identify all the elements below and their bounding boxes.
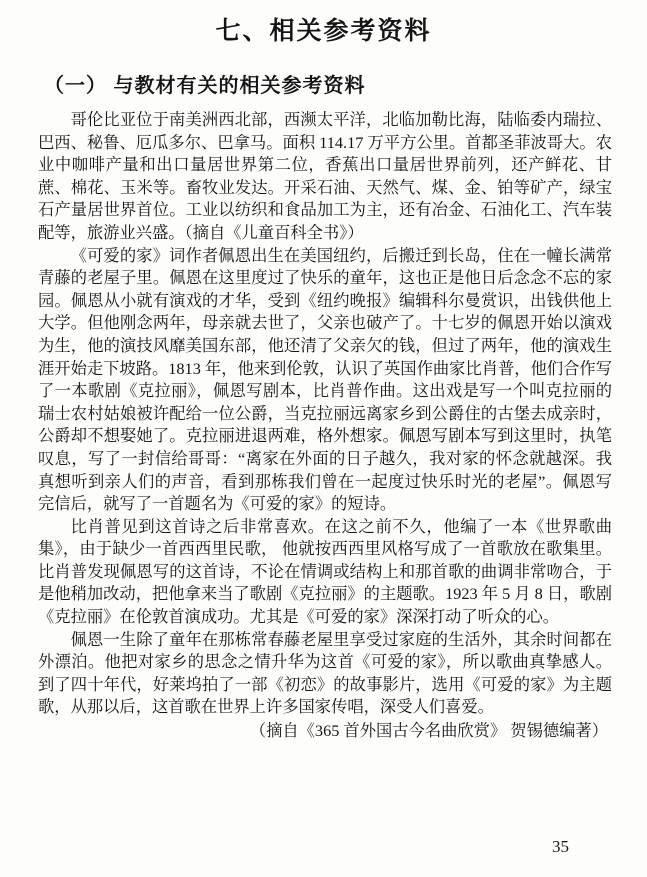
document-body: 哥伦比亚位于南美洲西北部，西濒太平洋，北临加勒比海，陆临委内瑞拉、巴西、秘鲁、厄…	[38, 109, 612, 743]
page-number: 35	[552, 837, 569, 857]
paragraph-bishop-opera: 比肖普见到这首诗之后非常喜欢。在这之前不久，他编了一本《世界歌曲集》，由于缺少一…	[38, 516, 612, 629]
paragraph-colombia: 哥伦比亚位于南美洲西北部，西濒太平洋，北临加勒比海，陆临委内瑞拉、巴西、秘鲁、厄…	[38, 109, 612, 245]
source-attribution: （摘自《365 首外国古今名曲欣赏》 贺锡德编著）	[38, 720, 612, 743]
paragraph-payne-biography: 《可爱的家》词作者佩恩出生在美国纽约，后搬迁到长岛，住在一幢长满常青藤的老屋子里…	[38, 245, 612, 516]
page-title: 七、相关参考资料	[0, 0, 647, 47]
section-heading: （一） 与教材有关的相关参考资料	[44, 73, 647, 99]
document-page: 七、相关参考资料 （一） 与教材有关的相关参考资料 哥伦比亚位于南美洲西北部，西…	[0, 0, 647, 877]
paragraph-song-legacy: 佩恩一生除了童年在那栋常春藤老屋里享受过家庭的生活外，其余时间都在外漂泊。他把对…	[38, 629, 612, 719]
